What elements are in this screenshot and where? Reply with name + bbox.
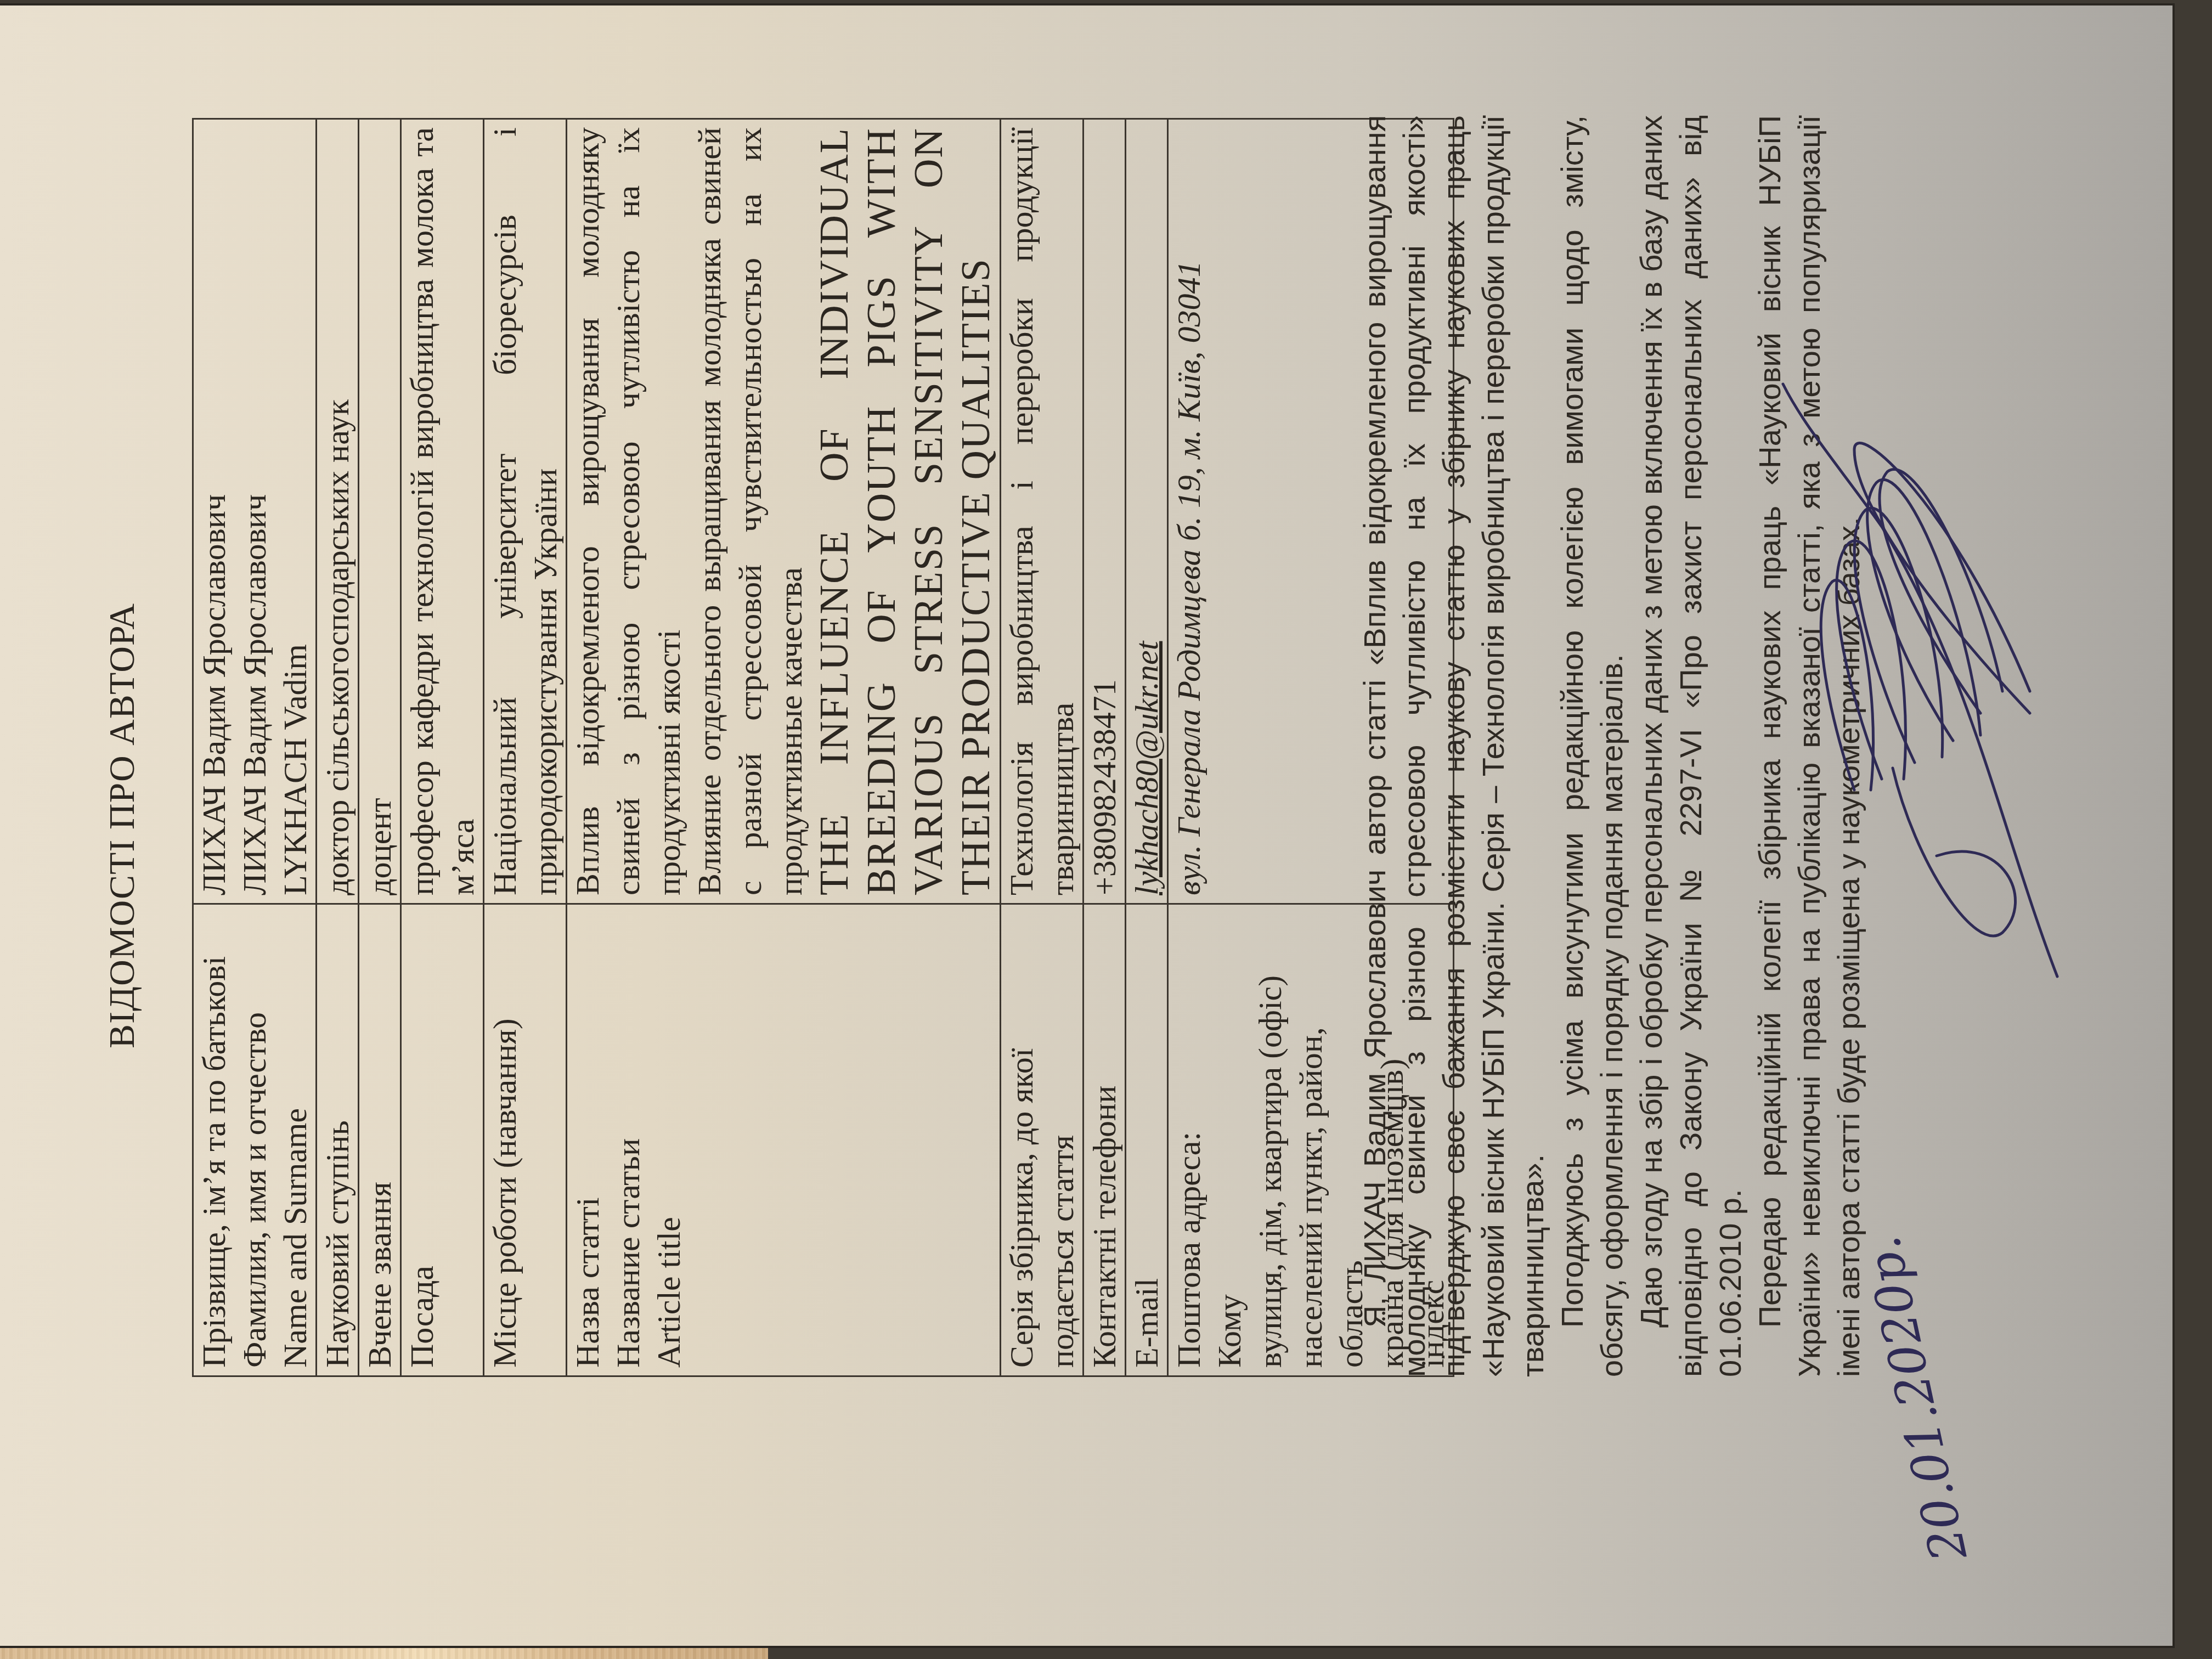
field-label-line: населений пункт, район, <box>1290 912 1331 1368</box>
table-row: Прізвище, ім’я та по батьковіФамилия, им… <box>193 119 317 1376</box>
field-value-line: доктор сільськогосподарських наук <box>317 127 358 895</box>
field-label-line: Серія збірника, до якої подається стаття <box>1001 912 1082 1368</box>
field-value: доцент <box>359 119 401 904</box>
declaration-paragraph: Погоджуюсь з усіма висунутими редакційно… <box>1553 115 1632 1377</box>
field-label-line: Name and Surname <box>275 912 315 1368</box>
field-value-line: доцент <box>359 127 400 895</box>
field-value-line: Технологія виробництва і переробки проду… <box>1001 127 1082 895</box>
field-label: Прізвище, ім’я та по батьковіФамилия, им… <box>193 904 317 1376</box>
field-value-line: Вплив відокремленого вирощування молодня… <box>567 127 689 895</box>
field-label-line: Назва статті <box>567 912 608 1368</box>
table-row: Назва статтіНазвание статьиArticle title… <box>567 119 1001 1376</box>
table-row: Посадапрофесор кафедри технологій виробн… <box>401 119 484 1376</box>
table-row: Контактні телефони+380982438471 <box>1084 119 1126 1376</box>
field-label: Науковий ступінь <box>317 904 359 1376</box>
field-label: Місце роботи (навчання) <box>484 904 567 1376</box>
declaration-paragraph: Даю згоду на збір і обробку персональних… <box>1632 115 1750 1377</box>
field-value-line: ЛИХАЧ Вадим Ярославович <box>194 127 234 895</box>
field-label-line: Кому <box>1209 912 1250 1368</box>
field-label: Посада <box>401 904 484 1376</box>
field-value-line: LYKHACH Vadim <box>275 127 315 895</box>
field-label-line: Вчене звання <box>359 912 400 1368</box>
field-label-line: Науковий ступінь <box>317 912 358 1368</box>
field-label: Вчене звання <box>359 904 401 1376</box>
document-page: ВІДОМОСТІ ПРО АВТОРА Прізвище, ім’я та п… <box>0 5 2172 1646</box>
field-label-line: Місце роботи (навчання) <box>484 912 525 1368</box>
field-label-line: Контактні телефони <box>1084 912 1125 1368</box>
signature-icon <box>1772 285 2079 998</box>
field-label: Контактні телефони <box>1084 904 1126 1376</box>
declaration-paragraph: Я, ЛИХАЧ Вадим Ярославович автор статті … <box>1355 115 1553 1377</box>
field-value-line: THE INFLUENCE OF INDIVIDUAL BREEDING OF … <box>811 127 1000 895</box>
field-label-line: Прізвище, ім’я та по батькові <box>194 912 234 1368</box>
field-value: професор кафедри технологій виробництва … <box>401 119 484 904</box>
email-link[interactable]: lykhach80@ukr.net <box>1126 127 1167 895</box>
page-title: ВІДОМОСТІ ПРО АВТОРА <box>101 5 143 1646</box>
field-label: Серія збірника, до якої подається стаття <box>1001 904 1084 1376</box>
field-value-line: Влияние отдельного выращивания молодняка… <box>689 127 811 895</box>
field-label-line: Поштова адреса: <box>1169 912 1209 1368</box>
author-info-table: Прізвище, ім’я та по батьковіФамилия, им… <box>192 118 1454 1377</box>
table-row: Місце роботи (навчання)Національний унів… <box>484 119 567 1376</box>
field-label-line: вулиця, дім, квартира (офіс) <box>1250 912 1290 1368</box>
field-value-line: вул. Генерала Родимцева б. 19, м. Київ, … <box>1169 127 1209 895</box>
field-value: +380982438471 <box>1084 119 1126 904</box>
field-value-line: професор кафедри технологій виробництва … <box>402 127 483 895</box>
field-label-line: Посада <box>402 912 442 1368</box>
table-row: Серія збірника, до якої подається стаття… <box>1001 119 1084 1376</box>
field-value: ЛИХАЧ Вадим ЯрославовичЛИХАЧ Вадим Яросл… <box>193 119 317 904</box>
field-label-line: Article title <box>648 912 689 1368</box>
table-row: Вчене званнядоцент <box>359 119 401 1376</box>
field-value: lykhach80@ukr.net <box>1126 119 1168 904</box>
field-label-line: Название статьи <box>608 912 648 1368</box>
field-value: Вплив відокремленого вирощування молодня… <box>567 119 1001 904</box>
table-row: Науковий ступіньдоктор сільськогосподарс… <box>317 119 359 1376</box>
field-value-line: Національний університет біоресурсів і п… <box>484 127 566 895</box>
field-label-line: E-mail <box>1126 912 1167 1368</box>
field-label: Назва статтіНазвание статьиArticle title <box>567 904 1001 1376</box>
field-value: Національний університет біоресурсів і п… <box>484 119 567 904</box>
field-value: доктор сільськогосподарських наук <box>317 119 359 904</box>
field-label: E-mail <box>1126 904 1168 1376</box>
field-label-line: Фамилия, имя и отчество <box>234 912 275 1368</box>
field-value: Технологія виробництва і переробки проду… <box>1001 119 1084 904</box>
table-row: E-maillykhach80@ukr.net <box>1126 119 1168 1376</box>
field-value-line: ЛИХАЧ Вадим Ярославович <box>234 127 275 895</box>
field-value-line: +380982438471 <box>1084 127 1125 895</box>
